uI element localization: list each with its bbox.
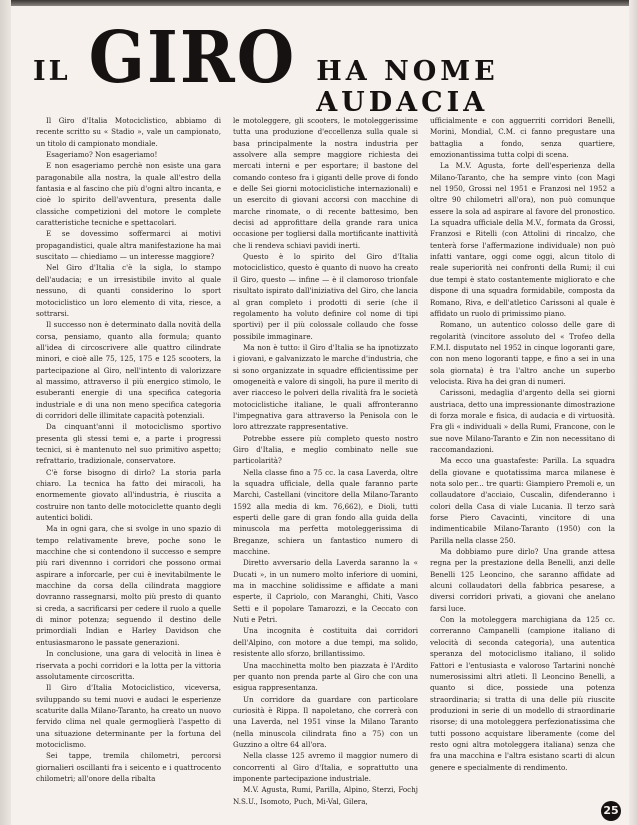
column-1: Il Giro d'Italia Motociclistico, abbiamo…	[36, 115, 221, 805]
paragraph: Ma dobbiamo pure dirlo? Una grande attes…	[430, 546, 615, 614]
paragraph: le motoleggere, gli scooters, le motoleg…	[233, 115, 418, 251]
paragraph: Ma in ogni gara, che si svolge in uno sp…	[36, 523, 221, 648]
paragraph: C'è forse bisogno di dirlo? La storia pa…	[36, 467, 221, 524]
paragraph: Nella classe fino a 75 cc. la casa Laver…	[233, 467, 418, 558]
paragraph: La M.V. Agusta, forte dell'esperienza de…	[430, 160, 615, 319]
paragraph: Il successo non è determinato dalla novi…	[36, 319, 221, 421]
paragraph: Nel Giro d'Italia c'è la sigla, lo stamp…	[36, 262, 221, 319]
paragraph: Questo è lo spirito del Giro d'Italia mo…	[233, 251, 418, 342]
paragraph: M.V. Agusta, Rumi, Parilla, Alpino, Ster…	[233, 784, 418, 807]
paragraph: Con la motoleggera marchigiana da 125 cc…	[430, 614, 615, 773]
column-2: le motoleggere, gli scooters, le motoleg…	[233, 115, 418, 805]
paragraph: Carissoni, medaglia d'argento della sei …	[430, 387, 615, 455]
column-3: ufficialmente e con agguerriti corridori…	[430, 115, 615, 805]
paragraph: Esageriamo? Non esageriamo!	[36, 149, 221, 160]
paragraph: E se dovessimo soffermarci ai motivi pro…	[36, 228, 221, 262]
paragraph: Sei tappe, tremila chilometri, percorsi …	[36, 750, 221, 784]
paragraph: Romano, un autentico colosso delle gare …	[430, 319, 615, 387]
paragraph: Da cinquant'anni il motociclismo sportiv…	[36, 421, 221, 466]
paragraph: Nella classe 125 avremo il maggior numer…	[233, 750, 418, 784]
scan-left-edge	[0, 0, 11, 825]
paragraph: Una incognita è costituita dai corridori…	[233, 625, 418, 659]
paragraph: E non esageriamo perchè non esiste una g…	[36, 160, 221, 228]
paragraph: Diretto avversario della Laverda saranno…	[233, 557, 418, 625]
paragraph: Ma ecco una guastafeste: Parilla. La squ…	[430, 455, 615, 546]
paragraph: ufficialmente e con agguerriti corridori…	[430, 115, 615, 160]
paragraph: Un corridore da guardare con particolare…	[233, 694, 418, 751]
paragraph: Ma non è tutto: il Giro d'Italia se ha i…	[233, 342, 418, 433]
headline-main-word: GIRO	[89, 15, 297, 99]
paragraph: Potrebbe essere più completo questo nost…	[233, 433, 418, 467]
paragraph: Il Giro d'Italia Motociclistico, vicever…	[36, 682, 221, 750]
article-headline: IL GIRO HA NOME AUDACIA	[33, 18, 613, 88]
headline-rest: HA NOME AUDACIA	[316, 56, 613, 118]
scan-right-edge	[629, 0, 637, 825]
paragraph: Il Giro d'Italia Motociclistico, abbiamo…	[36, 115, 221, 149]
paragraph: Una macchinetta molto ben piazzata è l'A…	[233, 660, 418, 694]
page-number-badge: 25	[601, 801, 621, 821]
paragraph: In conclusione, una gara di velocità in …	[36, 648, 221, 682]
headline-prefix: IL	[33, 56, 71, 87]
article-body: Il Giro d'Italia Motociclistico, abbiamo…	[36, 115, 616, 805]
